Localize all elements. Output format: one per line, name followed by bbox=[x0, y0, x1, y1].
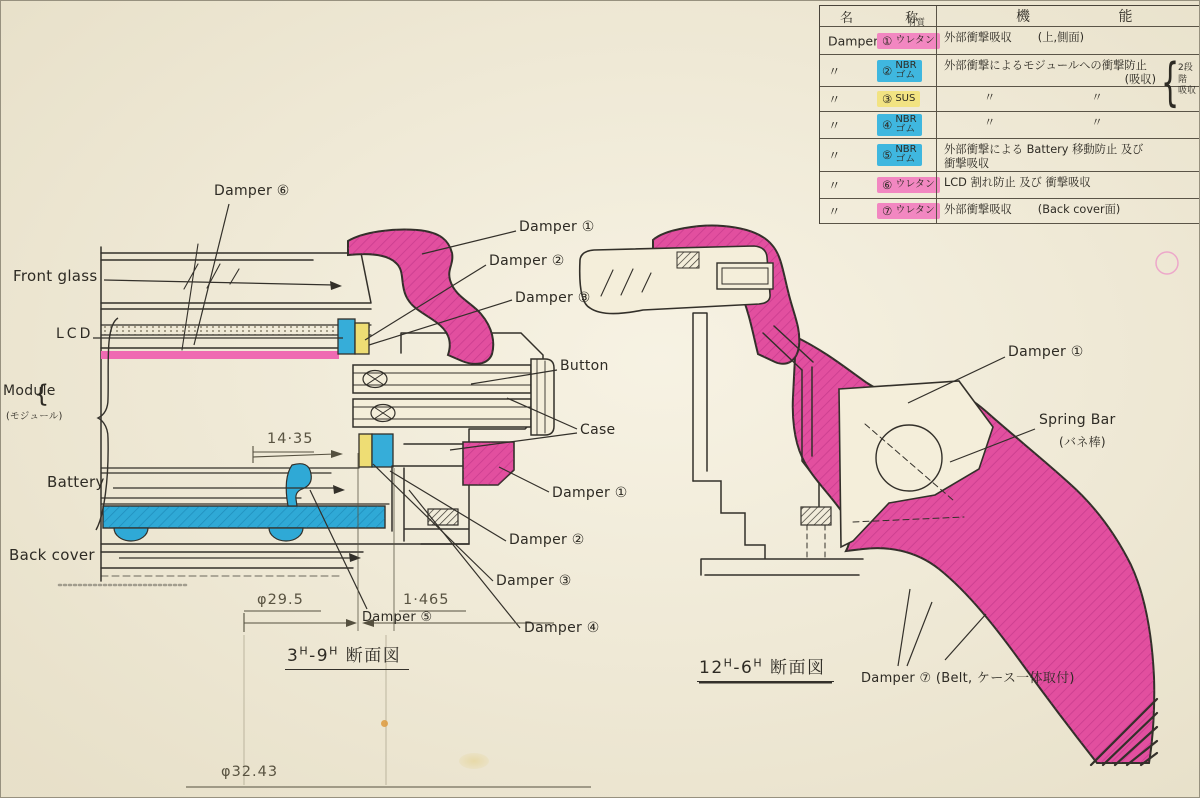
row-name: 〃 bbox=[828, 116, 841, 134]
module-brace: { bbox=[34, 380, 49, 408]
row-function: 外部衝撃による Battery 移動防止 及び衝撃吸収 bbox=[944, 143, 1196, 170]
material-badge: ①ウレタン bbox=[877, 33, 940, 49]
damper-number: ② bbox=[882, 64, 892, 78]
row-name: 〃 bbox=[828, 146, 841, 164]
material-badge: ③SUS bbox=[877, 91, 920, 107]
dimension-1-465: 1·465 bbox=[403, 592, 450, 608]
dimension-dia-32-43: φ32.43 bbox=[221, 764, 278, 780]
row-function: 外部衝撃によるモジュールへの衝撃防止(吸収) bbox=[944, 59, 1196, 86]
label-damper-6: Damper ⑥ bbox=[214, 183, 290, 199]
dimension-dia-29-5: φ29.5 bbox=[257, 592, 304, 608]
label-battery: Battery bbox=[47, 473, 105, 491]
two-stage-bracket: { bbox=[1161, 57, 1179, 109]
row-name: 〃 bbox=[828, 176, 841, 194]
table-row: 〃 ⑤NBRゴム 外部衝撃による Battery 移動防止 及び衝撃吸収 bbox=[820, 139, 1200, 172]
row-name: 〃 bbox=[828, 90, 841, 108]
label-lcd: LCD bbox=[56, 326, 93, 342]
label-damper-4-bottom: Damper ④ bbox=[524, 620, 600, 636]
table-row: 〃 ②NBRゴム 外部衝撃によるモジュールへの衝撃防止(吸収) bbox=[820, 55, 1200, 87]
paper-stain bbox=[459, 753, 489, 769]
left-section-caption: 3H-9H 断面図 bbox=[285, 641, 409, 670]
material-badge: ②NBRゴム bbox=[877, 60, 922, 82]
label-damper-7: Damper ⑦ (Belt, ケース一体取付) bbox=[861, 667, 1075, 686]
row-function: 〃〃 bbox=[944, 91, 1196, 105]
two-stage-note: 2段階 吸収 bbox=[1178, 63, 1199, 98]
right-section-caption: 12H-6H 断面図 bbox=[697, 653, 834, 682]
table-row: 〃 ⑥ウレタン LCD 割れ防止 及び 衝撃吸収 bbox=[820, 172, 1200, 199]
label-spring-bar-sub: (バネ棒) bbox=[1059, 433, 1106, 450]
label-damper-3-bottom: Damper ③ bbox=[496, 573, 572, 589]
row-name: 〃 bbox=[828, 202, 841, 220]
table-row: 〃 ④NBRゴム 〃〃 bbox=[820, 112, 1200, 139]
dimension-14-35: 14·35 bbox=[267, 431, 314, 447]
blueprint-page: 名 称 材質 機 能 Damper ①ウレタン 外部衝撃吸収(上,側面) 〃 ②… bbox=[0, 0, 1200, 798]
material-text: ウレタン bbox=[895, 36, 935, 46]
label-front-glass: Front glass bbox=[13, 267, 98, 285]
header-function: 機 能 bbox=[1016, 6, 1174, 26]
label-damper-2-bottom: Damper ② bbox=[509, 532, 585, 548]
table-row: Damper ①ウレタン 外部衝撃吸収(上,側面) bbox=[820, 27, 1200, 55]
label-damper-1-side: Damper ① bbox=[552, 485, 628, 501]
damper-number: ⑤ bbox=[882, 148, 892, 162]
label-case: Case bbox=[580, 422, 615, 438]
damper-number: ③ bbox=[882, 92, 892, 106]
paper-stain bbox=[381, 720, 388, 727]
label-damper-1-top: Damper ① bbox=[519, 219, 595, 235]
label-damper-1-right: Damper ① bbox=[1008, 344, 1084, 360]
damper-number: ⑥ bbox=[882, 178, 892, 192]
row-function: 外部衝撃吸収(上,側面) bbox=[944, 31, 1196, 45]
label-spring-bar: Spring Bar bbox=[1039, 412, 1116, 428]
damper-spec-table: 名 称 材質 機 能 Damper ①ウレタン 外部衝撃吸収(上,側面) 〃 ②… bbox=[819, 5, 1200, 224]
label-damper-3-top: Damper ③ bbox=[515, 290, 591, 306]
label-button: Button bbox=[560, 358, 609, 374]
header-name: 名 称 bbox=[840, 7, 942, 26]
label-back-cover: Back cover bbox=[9, 546, 95, 564]
label-module-sub: (モジュール) bbox=[6, 408, 63, 422]
table-row: 〃 ⑦ウレタン 外部衝撃吸収(Back cover面) bbox=[820, 199, 1200, 224]
table-header: 名 称 材質 機 能 bbox=[820, 6, 1200, 27]
row-name: 〃 bbox=[828, 62, 841, 80]
label-damper-5-bottom: Damper ⑤ bbox=[362, 610, 432, 625]
row-name: Damper bbox=[828, 33, 878, 48]
damper-number: ① bbox=[882, 34, 892, 48]
row-function: 外部衝撃吸収(Back cover面) bbox=[944, 203, 1196, 217]
left-cross-section-art bbox=[59, 229, 554, 585]
material-badge: ⑦ウレタン bbox=[877, 203, 940, 219]
label-damper-2-top: Damper ② bbox=[489, 253, 565, 269]
material-badge: ⑤NBRゴム bbox=[877, 144, 922, 166]
material-badge: ⑥ウレタン bbox=[877, 177, 940, 193]
row-function: 〃〃 bbox=[944, 116, 1196, 130]
damper-number: ④ bbox=[882, 118, 892, 132]
row-function: LCD 割れ防止 及び 衝撃吸収 bbox=[944, 176, 1196, 190]
material-badge: ④NBRゴム bbox=[877, 114, 922, 136]
table-row: 〃 ③SUS 〃〃 bbox=[820, 87, 1200, 112]
damper-number: ⑦ bbox=[882, 204, 892, 218]
